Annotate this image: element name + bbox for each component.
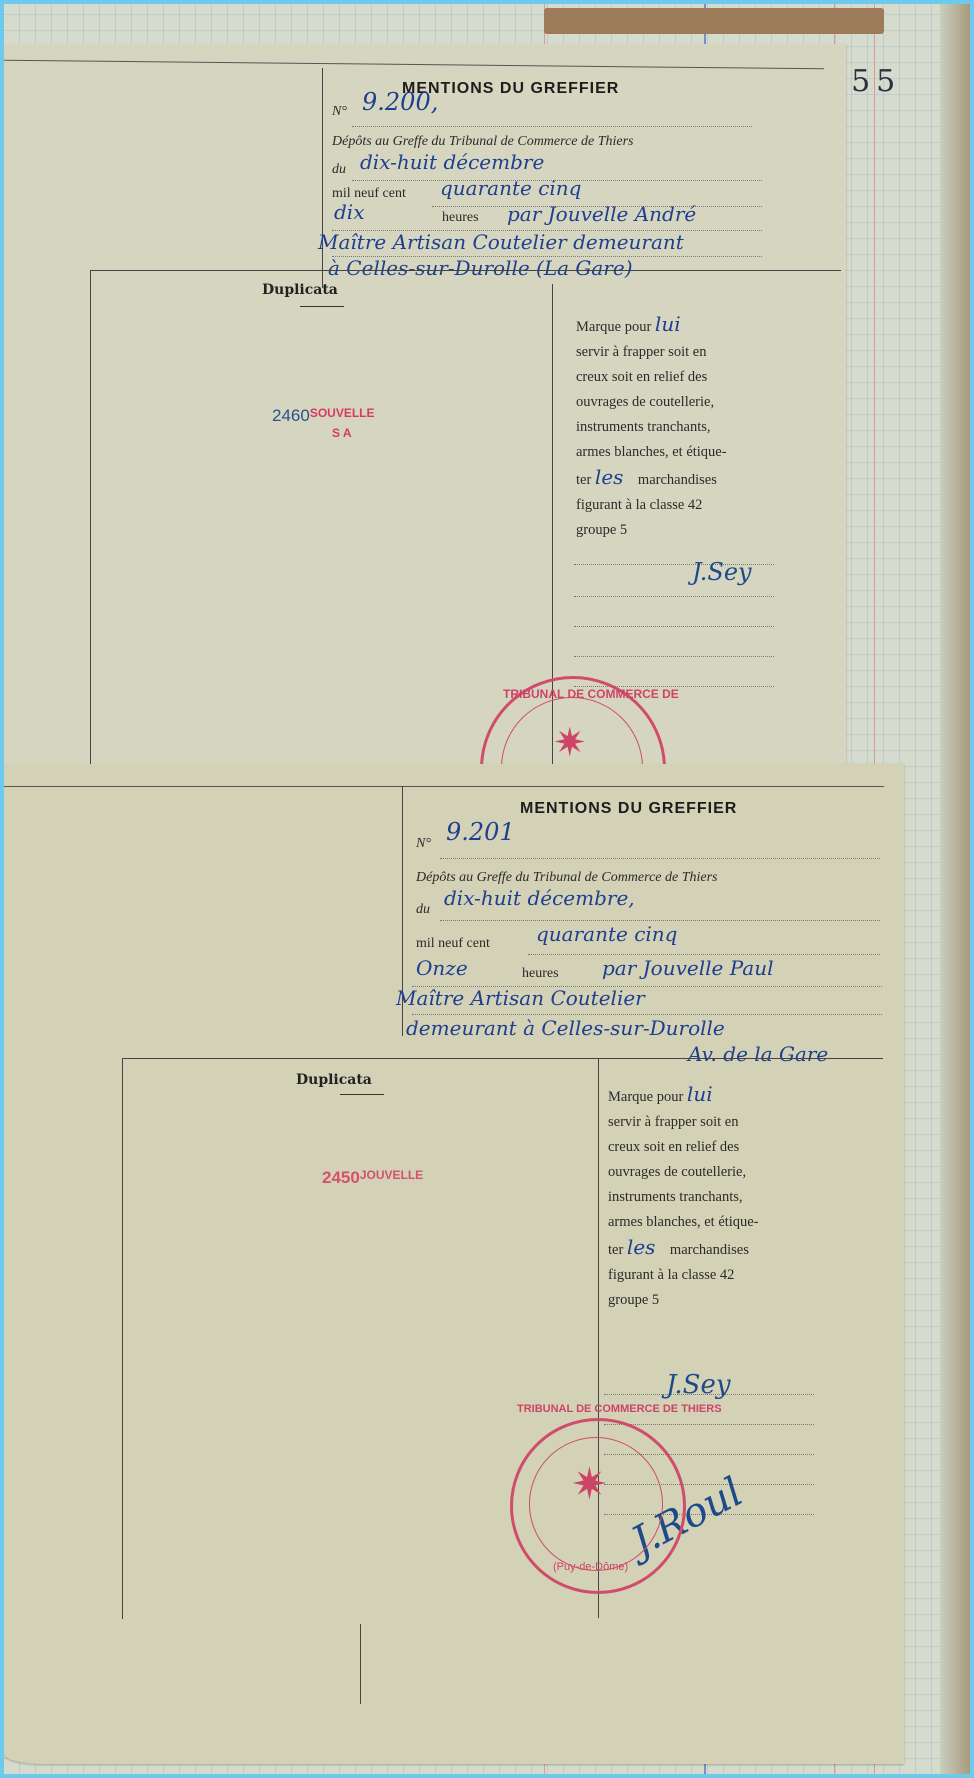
depots-label: Dépôts au Greffe du Tribunal de Commerce… xyxy=(332,134,634,150)
depositor-name: par Jouvelle Paul xyxy=(602,956,773,980)
trademark-stamp-impression: 2460SOUVELLE S A xyxy=(272,406,375,440)
no-label: N° xyxy=(416,836,431,852)
greffier-signature: J.Sey xyxy=(692,558,752,586)
depositor-name: par Jouvelle André xyxy=(507,202,696,226)
book-cover-edge xyxy=(544,8,884,34)
deposit-year: quarante cinq xyxy=(536,922,677,946)
mentions-title: MENTIONS DU GREFFIER xyxy=(520,800,737,818)
du-label: du xyxy=(416,902,430,918)
duplicata-label: Duplicata xyxy=(262,282,338,298)
marque-description: Marque pour lui servir à frapper soit en… xyxy=(576,312,776,543)
deposit-year: quarante cinq xyxy=(440,176,581,200)
deposit-date: dix-huit décembre, xyxy=(444,886,635,910)
depots-label: Dépôts au Greffe du Tribunal de Commerce… xyxy=(416,870,718,886)
mentions-du-greffier: MENTIONS DU GREFFIER N° 9.201 Dépôts au … xyxy=(402,786,902,1056)
depositor-profession: Maître Artisan Coutelier xyxy=(396,986,645,1010)
form-sheet-9200: MENTIONS DU GREFFIER N° 9.200, Dépôts au… xyxy=(4,44,846,764)
trademark-stamp-impression: 2450JOUVELLE xyxy=(322,1168,423,1188)
heures-label: heures xyxy=(442,210,479,226)
registration-number: 9.201 xyxy=(446,818,515,846)
depositor-profession: Maître Artisan Coutelier demeurant xyxy=(318,230,684,254)
deposit-hour: dix xyxy=(334,200,364,224)
tribunal-seal: TRIBUNAL DE COMMERCE DE THIERS ✷ (Puy-de… xyxy=(510,1418,686,1594)
mil-label: mil neuf cent xyxy=(416,936,490,952)
book-page-edges xyxy=(940,4,970,1774)
form-sheet-9201: MENTIONS DU GREFFIER N° 9.201 Dépôts au … xyxy=(4,764,904,1764)
du-label: du xyxy=(332,162,346,178)
no-label: N° xyxy=(332,104,347,120)
greffier-signature: J.Sey xyxy=(666,1370,731,1400)
marque-description: Marque pour lui servir à frapper soit en… xyxy=(608,1082,818,1313)
photo-frame: 255 MENTIONS DU GREFFIER N° 9.200, Dépôt… xyxy=(4,4,970,1774)
depositor-address: demeurant à Celles-sur-Durolle xyxy=(406,1016,725,1040)
registration-number: 9.200, xyxy=(362,88,438,116)
heures-label: heures xyxy=(522,966,559,982)
mentions-du-greffier: MENTIONS DU GREFFIER N° 9.200, Dépôts au… xyxy=(322,68,822,288)
deposit-date: dix-huit décembre xyxy=(360,150,544,174)
duplicata-label: Duplicata xyxy=(296,1072,372,1088)
deposit-hour: Onze xyxy=(416,956,468,980)
